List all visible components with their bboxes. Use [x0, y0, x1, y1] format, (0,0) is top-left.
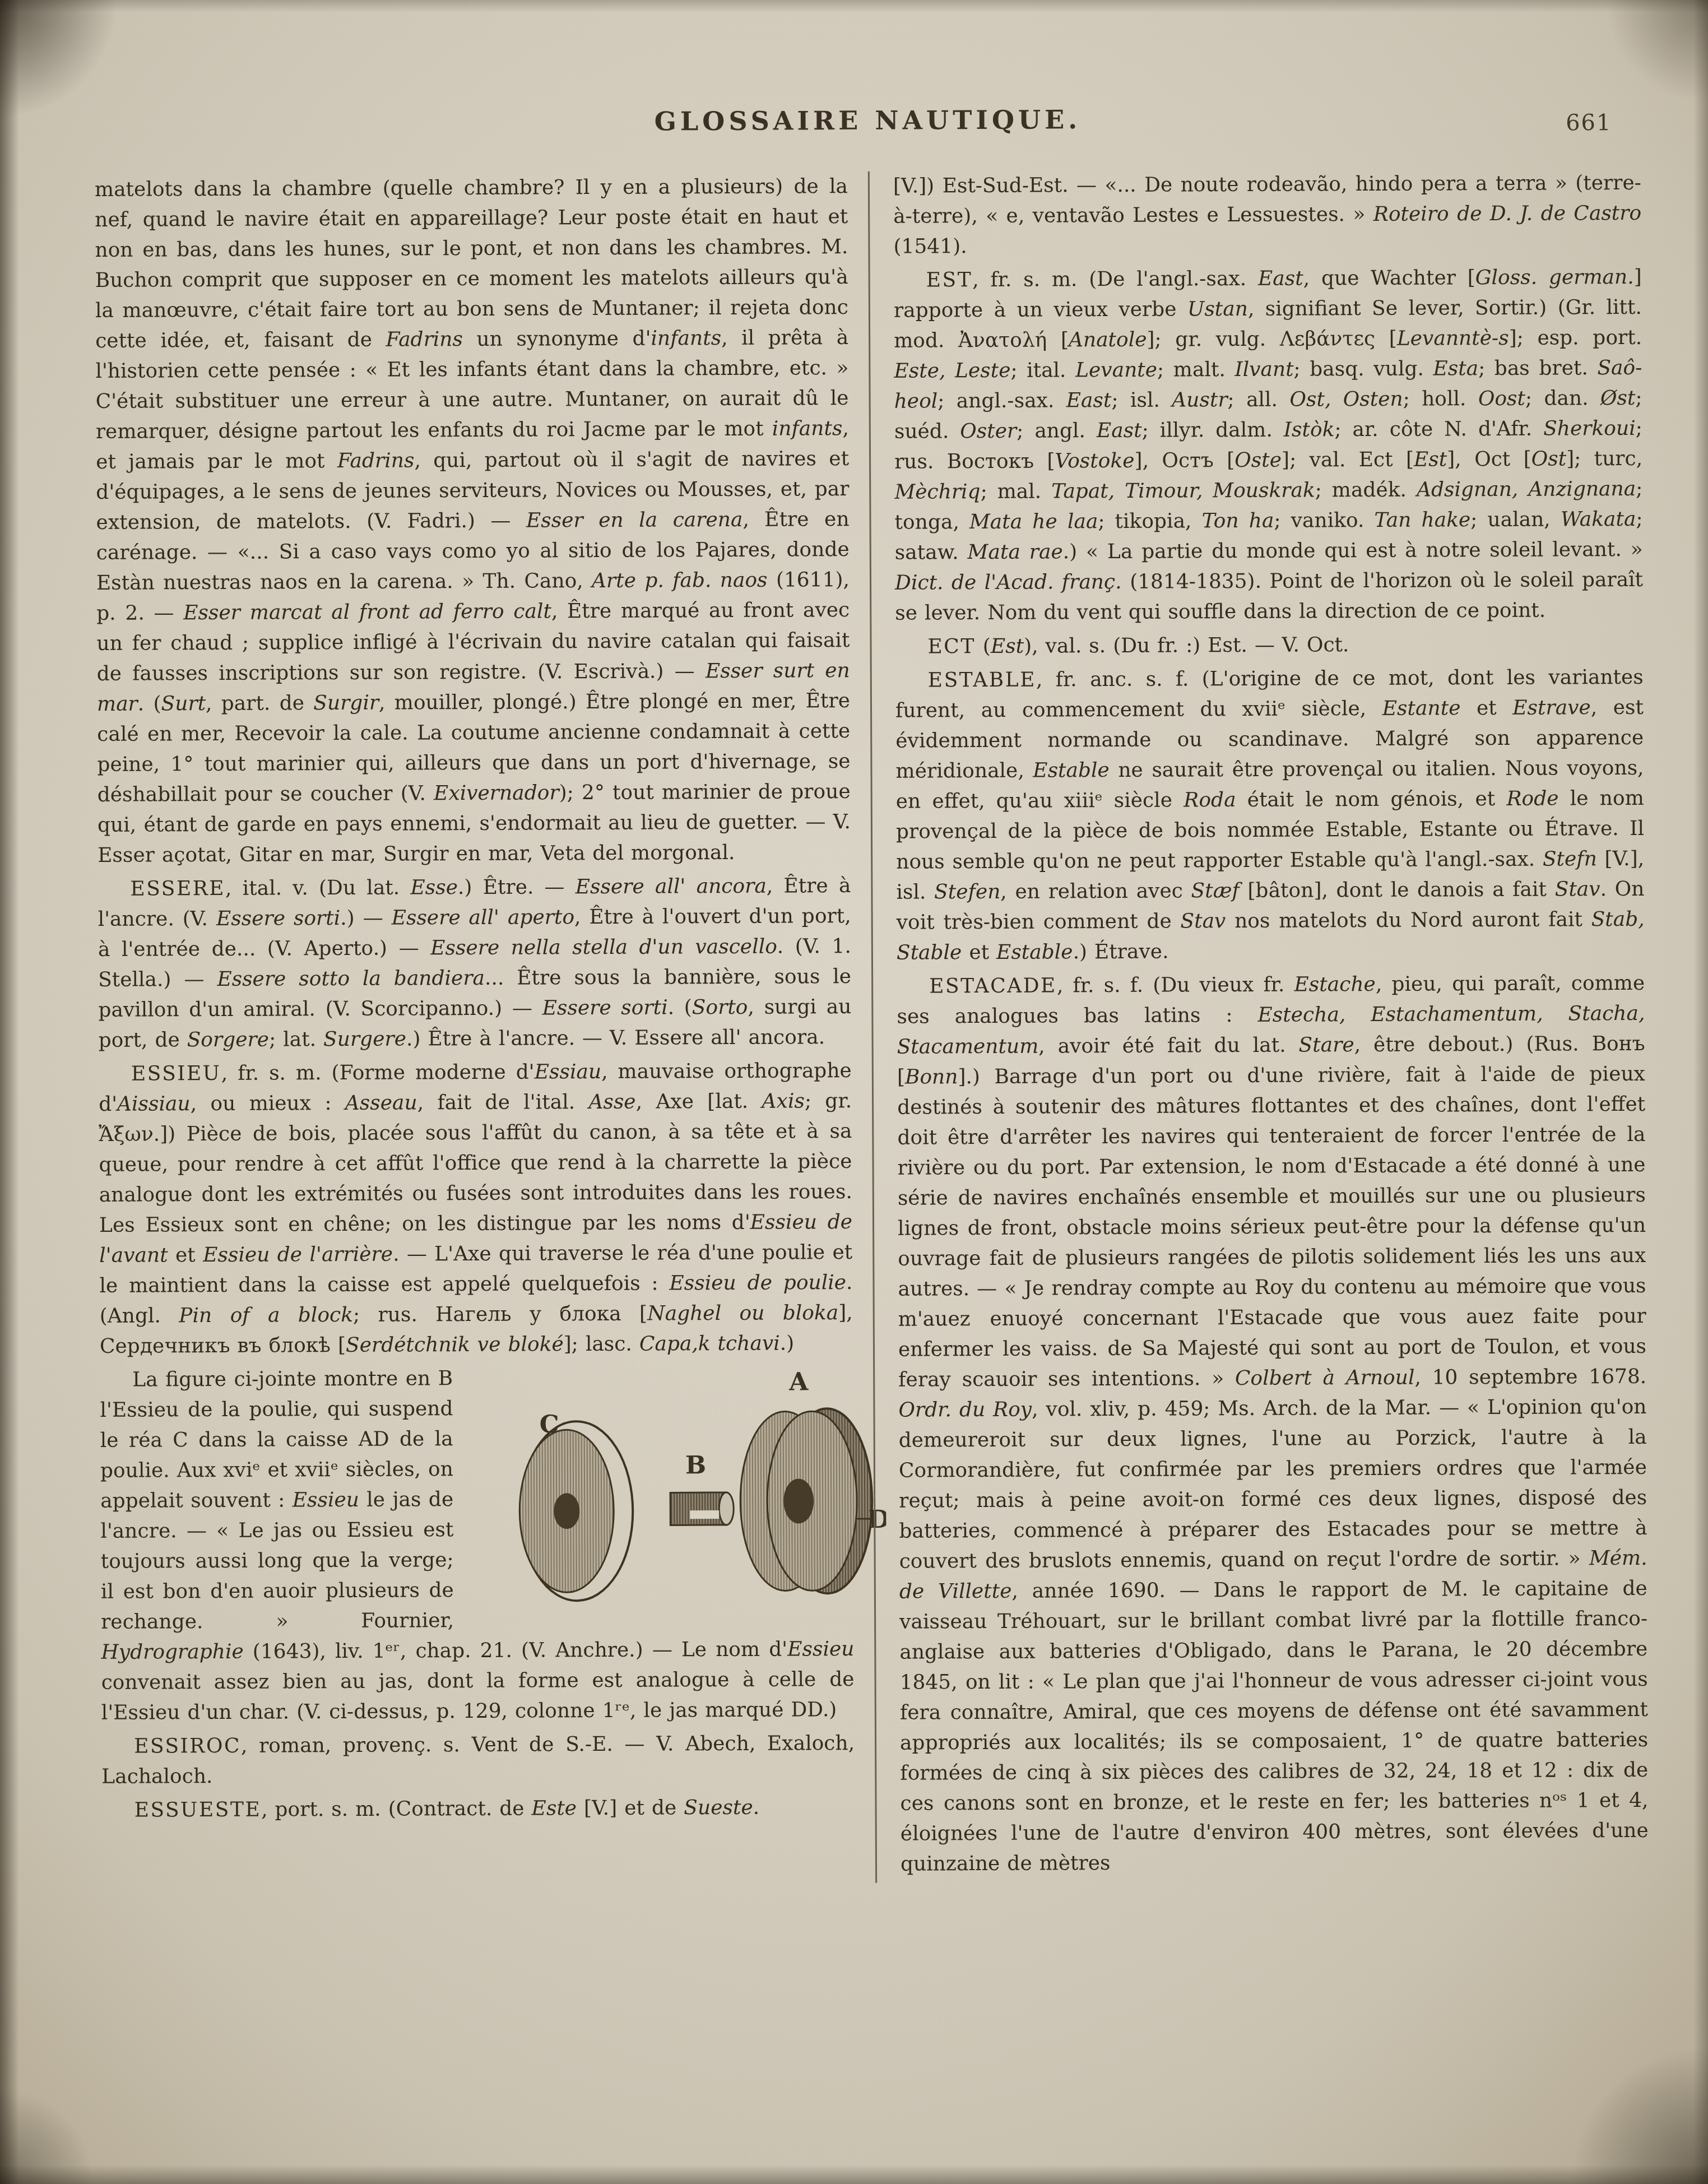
pulley-figure-drawing: C B A D — [504, 1365, 887, 1608]
italic-term: Estrave — [1512, 696, 1591, 720]
italic-term: Essiau — [535, 1060, 602, 1084]
paragraph: ESTABLE, fr. anc. s. f. (L'origine de ce… — [895, 662, 1645, 968]
paragraph: ESTACADE, fr. s. f. (Du vieux fr. Estach… — [897, 968, 1649, 1880]
entry-headword: ESSERE — [130, 877, 225, 901]
italic-term: Est — [991, 635, 1024, 658]
italic-term: Mèchriq — [894, 480, 980, 504]
italic-term: Serdétchnik ve bloké — [346, 1333, 564, 1357]
italic-term: Est — [1414, 448, 1447, 471]
figure-label-c: C — [539, 1410, 559, 1439]
italic-term: Pin of a block — [179, 1304, 353, 1327]
italic-term: Ost, Osten — [1289, 388, 1403, 411]
italic-term: East — [1097, 419, 1142, 442]
italic-term: Colbert à Arnoul — [1235, 1366, 1415, 1390]
italic-term: Aissiau — [117, 1092, 191, 1116]
sheave-c-illustration — [519, 1421, 633, 1601]
italic-term: Exivernador — [434, 781, 559, 805]
italic-term: Estante — [1382, 697, 1461, 720]
italic-term: Fadrins — [386, 328, 463, 351]
italic-term: Essere sotto la bandiera — [217, 967, 485, 991]
page-header: GLOSSAIRE NAUTIQUE. 661 — [94, 75, 1641, 166]
pin-b-illustration — [670, 1492, 734, 1525]
italic-term: Gloss. german. — [1475, 266, 1634, 289]
paragraph: ESSIROC, roman, provenç. s. Vent de S.-E… — [101, 1728, 855, 1792]
italic-term: East — [1258, 267, 1303, 290]
italic-term: East — [1066, 389, 1112, 412]
italic-term: Dict. de l'Acad. franç. — [895, 571, 1122, 595]
italic-term: Axis — [762, 1089, 804, 1112]
italic-term: Esse — [410, 876, 458, 899]
paragraph: matelots dans la chambre (quelle chambre… — [95, 171, 851, 871]
italic-term: Esser en la carena — [526, 508, 743, 532]
entry-headword: ESSUESTE — [134, 1798, 261, 1822]
italic-term: Stare — [1298, 1033, 1354, 1056]
italic-term: Stav — [1555, 878, 1600, 901]
italic-term: Essere sorti — [216, 907, 341, 930]
italic-term: Istòk — [1284, 418, 1335, 441]
italic-term: Mata rae — [967, 540, 1062, 564]
italic-term: Stav — [1180, 910, 1226, 933]
paragraph: C B A D La figure ci-jointe montre en B … — [100, 1362, 855, 1728]
scanned-dictionary-page: { "page_header": { "title": "GLOSSAIRE N… — [0, 0, 1708, 2184]
entry-headword: ESTACADE — [929, 974, 1057, 998]
italic-term: Øst — [1600, 387, 1636, 410]
italic-term: Asseau — [345, 1091, 417, 1115]
italic-term: Ustan — [1187, 298, 1248, 321]
italic-term: Esser marcat al front ad ferro calt — [183, 600, 551, 624]
text-columns: matelots dans la chambre (quelle chambre… — [95, 168, 1649, 1886]
italic-term: Sorgere — [187, 1028, 270, 1052]
entry-headword: ESSIROC — [134, 1735, 241, 1758]
italic-term: Levante — [1075, 359, 1157, 382]
italic-term: Sueste — [684, 1796, 753, 1820]
italic-term: Surgir — [313, 692, 379, 715]
italic-term: Mata he laa — [969, 510, 1098, 534]
italic-term: Essieu de poulie — [669, 1271, 846, 1295]
italic-term: Essieu — [787, 1638, 854, 1661]
right-column: [V.]) Est-Sud-Est. — «... De noute rodea… — [868, 168, 1649, 1883]
italic-term: Anatole — [1069, 328, 1147, 352]
italic-term: Tapat, Timour, Mouskrak — [1051, 479, 1315, 503]
italic-term: Hydrographie — [101, 1640, 244, 1664]
italic-term: Esser surt en mar — [97, 659, 850, 716]
figure-label-a: A — [788, 1367, 809, 1396]
entry-headword: ESTABLE — [928, 669, 1036, 692]
italic-term: Este — [531, 1797, 577, 1820]
italic-term: Asse — [588, 1091, 635, 1114]
italic-term: Arte p. fab. naos — [592, 569, 768, 592]
italic-term: Estable — [996, 940, 1073, 964]
italic-term: Stæf — [1191, 879, 1239, 902]
paragraph: ESSUESTE, port. s. m. (Contract. de Este… — [101, 1792, 855, 1826]
paragraph: ECT (Est), val. s. (Du fr. :) Est. — V. … — [895, 629, 1643, 662]
italic-term: Vostoke — [1055, 449, 1134, 473]
italic-term: Essere nella stella d'un vascello — [430, 935, 777, 960]
italic-term: Naghel ou bloka — [647, 1301, 838, 1325]
italic-term: Oster — [960, 420, 1017, 443]
italic-term: Ost — [1531, 447, 1567, 470]
italic-term: Estecha, Estachamentum, Stacha, Stacamen… — [897, 1002, 1645, 1059]
italic-term: Ilvant — [1234, 358, 1293, 381]
italic-term: Esta — [1433, 357, 1478, 380]
paragraph: EST, fr. s. m. (De l'angl.-sax. East, qu… — [894, 262, 1644, 629]
italic-term: Oost — [1478, 387, 1525, 410]
left-column: matelots dans la chambre (quelle chambre… — [95, 171, 875, 1886]
italic-term: Essieu — [293, 1489, 359, 1512]
paragraph: [V.]) Est-Sud-Est. — «... De noute rodea… — [893, 168, 1642, 262]
italic-term: Oste — [1234, 449, 1282, 472]
italic-term: Essere all' ancora — [575, 875, 767, 898]
italic-term: Surt — [161, 692, 206, 715]
entry-headword: ECT — [927, 635, 976, 658]
italic-term: Roteiro de D. J. de Castro — [1373, 202, 1642, 226]
italic-term: Adsignan, Anzignana — [1417, 477, 1636, 502]
page-number: 661 — [1566, 110, 1612, 136]
italic-term: Rode — [1506, 787, 1558, 810]
page-content: GLOSSAIRE NAUTIQUE. 661 matelots dans la… — [0, 0, 1708, 2184]
block-a-illustration — [740, 1408, 872, 1594]
entry-headword: ESSIEU — [131, 1062, 221, 1086]
italic-term: Essere sorti — [542, 996, 668, 1019]
italic-term: Bonn — [905, 1065, 958, 1088]
italic-term: Estache — [1294, 973, 1376, 996]
italic-term: Estable — [1033, 759, 1110, 782]
italic-term: Wakata — [1561, 508, 1636, 531]
italic-term: Roda — [1183, 789, 1236, 812]
italic-term: Fadrins — [337, 449, 415, 472]
italic-term: Essieu de l'arrière — [203, 1243, 393, 1267]
italic-term: Sorto — [692, 996, 748, 1019]
italic-term: Ton ha — [1202, 509, 1274, 533]
italic-term: Austr — [1172, 388, 1228, 411]
italic-term: Mém. de Villette — [899, 1547, 1647, 1603]
italic-term: infants — [772, 417, 843, 440]
italic-term: Stefn — [1543, 847, 1597, 870]
pulley-figure: C B A D — [472, 1365, 854, 1617]
italic-term: infants — [651, 327, 721, 350]
italic-term: Levanntè-s — [1397, 327, 1509, 350]
page-title: GLOSSAIRE NAUTIQUE. — [94, 102, 1641, 139]
italic-term: Ordr. du Roy — [898, 1398, 1032, 1422]
italic-term: Este, Leste — [894, 359, 1010, 383]
italic-term: Sherkoui — [1543, 417, 1636, 440]
entry-headword: EST — [926, 268, 973, 291]
paragraph: ESSIEU, fr. s. m. (Forme moderne d'Essia… — [99, 1056, 853, 1362]
figure-label-b: B — [685, 1451, 706, 1480]
italic-term: Essere all' aperto — [392, 906, 575, 929]
italic-term: Stefen — [934, 880, 1000, 904]
italic-term: Capa,k tchavi — [639, 1332, 780, 1356]
italic-term: Surgere — [323, 1027, 406, 1051]
paragraph: ESSERE, ital. v. (Du lat. Esse.) Être. —… — [98, 871, 851, 1056]
italic-term: Tan hake — [1374, 508, 1470, 532]
